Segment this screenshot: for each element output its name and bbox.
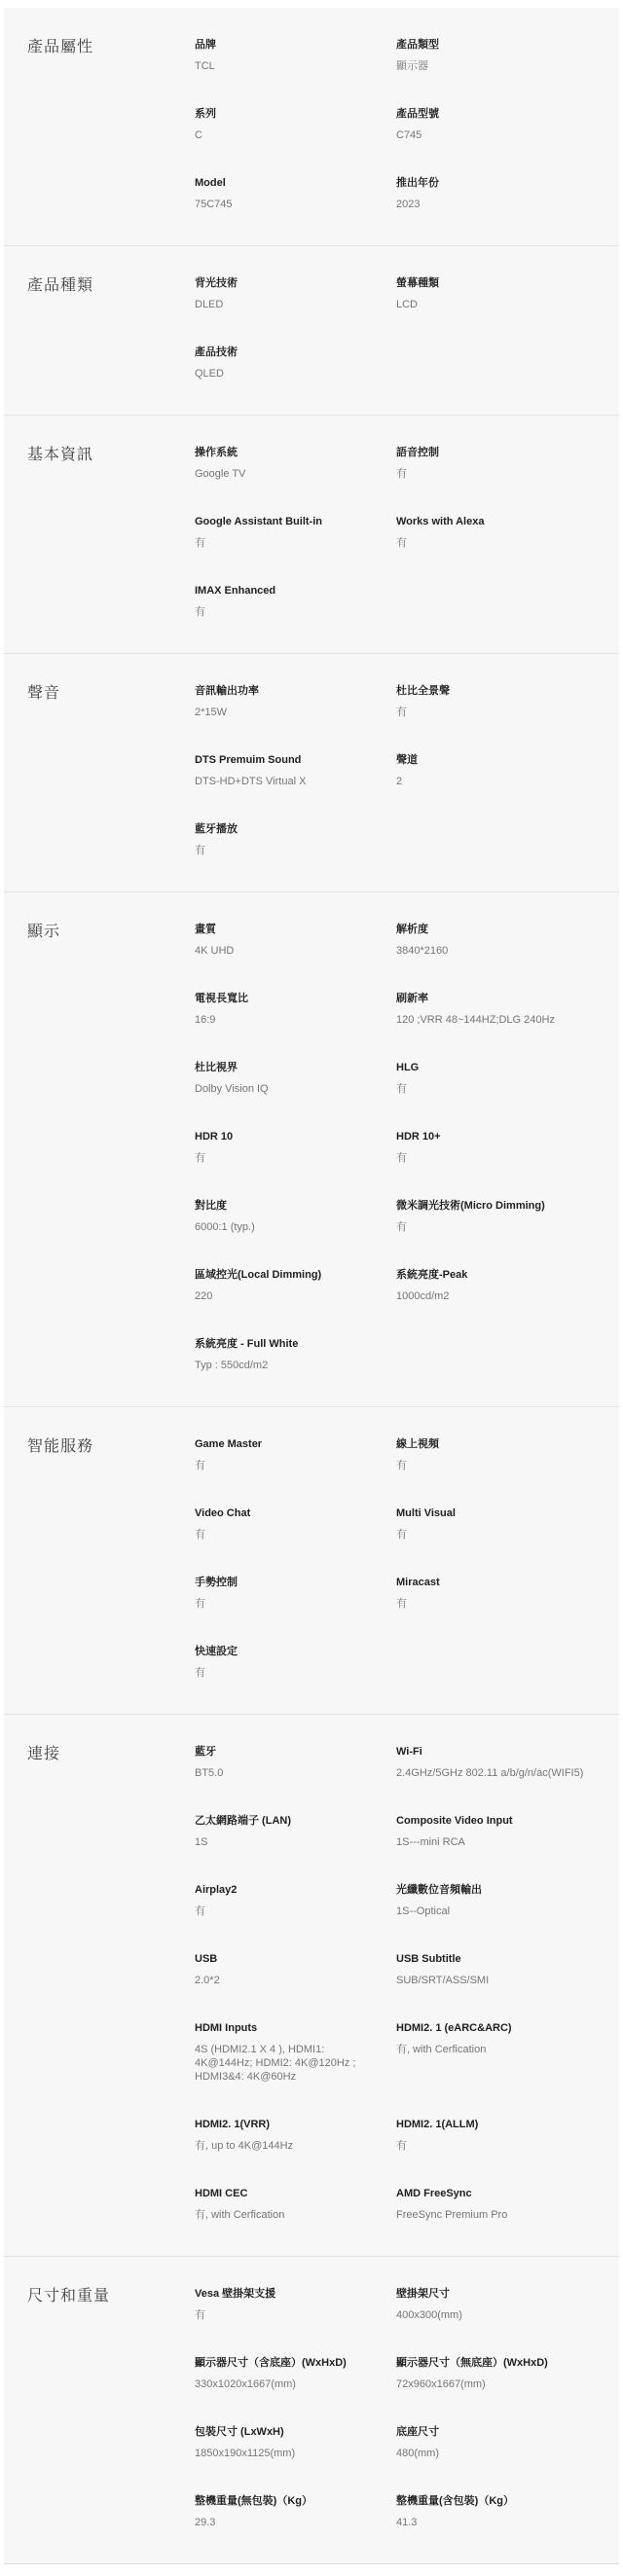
spec-cell: 刷新率120 ;VRR 48~144HZ;DLG 240Hz xyxy=(396,992,609,1027)
spec-value: 1S xyxy=(195,1835,375,1849)
spec-cell: 系統亮度-Peak1000cd/m2 xyxy=(396,1268,609,1303)
spec-label: 畫質 xyxy=(195,923,375,936)
spec-cell: 畫質4K UHD xyxy=(195,923,396,958)
spec-cell: 產品類型顯示器 xyxy=(396,38,609,73)
spec-value: 1S--Optical xyxy=(396,1905,588,1918)
spec-label: 壁掛架尺寸 xyxy=(396,2287,588,2301)
spec-value: LCD xyxy=(396,298,588,311)
section-cells: Game Master有線上視頻有Video Chat有Multi Visual… xyxy=(195,1437,609,1714)
spec-value: 有 xyxy=(195,1905,375,1918)
spec-label: 微米調光技術(Micro Dimming) xyxy=(396,1199,588,1213)
spec-cell: 杜比全景聲有 xyxy=(396,684,609,719)
spec-label: 對比度 xyxy=(195,1199,375,1213)
spec-value: 有 xyxy=(396,467,588,481)
spec-cell: 電視長寬比16:9 xyxy=(195,992,396,1027)
spec-value: 顯示器 xyxy=(396,59,588,73)
spec-label: 推出年份 xyxy=(396,176,588,190)
spec-label: 螢幕種類 xyxy=(396,276,588,290)
spec-value: 有 xyxy=(195,2308,375,2322)
section-cells: 操作系統Google TV語音控制有Google Assistant Built… xyxy=(195,446,609,653)
spec-value: 有, with Cerfication xyxy=(195,2208,375,2222)
spec-value: 480(mm) xyxy=(396,2447,588,2460)
spec-value: 有 xyxy=(396,1597,588,1611)
spec-section: 尺寸和重量Vesa 壁掛架支援有壁掛架尺寸400x300(mm)顯示器尺寸（含底… xyxy=(4,2256,619,2563)
spec-value: 有, with Cerfication xyxy=(396,2043,588,2056)
spec-label: 產品類型 xyxy=(396,38,588,52)
spec-value: 2.4GHz/5GHz 802.11 a/b/g/n/ac(WIFI5) xyxy=(396,1766,588,1780)
spec-value: BT5.0 xyxy=(195,1766,375,1780)
spec-value: 有 xyxy=(396,1220,588,1234)
spec-label: 區域控光(Local Dimming) xyxy=(195,1268,375,1282)
spec-cell: 產品型號C745 xyxy=(396,107,609,142)
spec-cell: Miracast有 xyxy=(396,1576,609,1611)
spec-label: 底座尺寸 xyxy=(396,2425,588,2439)
spec-section: 聲音音訊輸出功率2*15W杜比全景聲有DTS Premuim SoundDTS-… xyxy=(4,653,619,891)
spec-cell: 微米調光技術(Micro Dimming)有 xyxy=(396,1199,609,1234)
spec-cell: Video Chat有 xyxy=(195,1506,396,1542)
spec-cell: Wi-Fi2.4GHz/5GHz 802.11 a/b/g/n/ac(WIFI5… xyxy=(396,1745,609,1780)
spec-cell: 操作系統Google TV xyxy=(195,446,396,481)
spec-cell: 對比度6000:1 (typ.) xyxy=(195,1199,396,1234)
spec-label: 產品技術 xyxy=(195,345,375,359)
spec-value: 有 xyxy=(396,1459,588,1472)
spec-label: Game Master xyxy=(195,1437,375,1451)
spec-value: 120 ;VRR 48~144HZ;DLG 240Hz xyxy=(396,1013,588,1027)
section-title: 顯示 xyxy=(27,923,195,942)
spec-label: HDMI Inputs xyxy=(195,2021,375,2035)
spec-value: 1S---mini RCA xyxy=(396,1835,588,1849)
spec-value: DLED xyxy=(195,298,375,311)
spec-value: TCL xyxy=(195,59,375,73)
spec-label: 音訊輸出功率 xyxy=(195,684,375,698)
spec-label: 光纖數位音頻輸出 xyxy=(396,1883,588,1897)
spec-label: 品牌 xyxy=(195,38,375,52)
spec-value: FreeSync Premium Pro xyxy=(396,2208,588,2222)
spec-cell: 快速設定有 xyxy=(195,1645,396,1680)
spec-value: 400x300(mm) xyxy=(396,2308,588,2322)
spec-value: 220 xyxy=(195,1289,375,1303)
spec-cell: 線上視頻有 xyxy=(396,1437,609,1472)
spec-section: 智能服務Game Master有線上視頻有Video Chat有Multi Vi… xyxy=(4,1406,619,1714)
spec-value: 有 xyxy=(195,605,375,619)
spec-value: QLED xyxy=(195,367,375,381)
spec-value: 330x1020x1667(mm) xyxy=(195,2377,375,2391)
spec-value: 1850x190x1125(mm) xyxy=(195,2447,375,2460)
section-title: 聲音 xyxy=(27,684,195,704)
spec-label: Works with Alexa xyxy=(396,515,588,528)
section-title: 智能服務 xyxy=(27,1437,195,1457)
spec-cell: HDMI Inputs4S (HDMI2.1 X 4 ), HDMI1: 4K@… xyxy=(195,2021,396,2084)
spec-label: IMAX Enhanced xyxy=(195,584,375,598)
spec-value: 75C745 xyxy=(195,198,375,211)
spec-cell: 整機重量(含包裝)（Kg）41.3 xyxy=(396,2494,609,2529)
spec-cell: HDMI2. 1(VRR)有, up to 4K@144Hz xyxy=(195,2118,396,2153)
section-cells: Vesa 壁掛架支援有壁掛架尺寸400x300(mm)顯示器尺寸（含底座）(Wx… xyxy=(195,2287,609,2563)
spec-label: 系列 xyxy=(195,107,375,121)
spec-label: Miracast xyxy=(396,1576,588,1589)
spec-label: Video Chat xyxy=(195,1506,375,1520)
spec-label: HDMI CEC xyxy=(195,2187,375,2200)
spec-label: Composite Video Input xyxy=(396,1814,588,1828)
spec-cell: 系統亮度 - Full WhiteTyp : 550cd/m2 xyxy=(195,1337,396,1372)
spec-label: Wi-Fi xyxy=(396,1745,588,1759)
spec-value: 1000cd/m2 xyxy=(396,1289,588,1303)
spec-section: 基本資訊操作系統Google TV語音控制有Google Assistant B… xyxy=(4,415,619,653)
spec-cell: HDMI CEC有, with Cerfication xyxy=(195,2187,396,2222)
spec-label: HDMI2. 1(VRR) xyxy=(195,2118,375,2131)
spec-label: 背光技術 xyxy=(195,276,375,290)
spec-label: 聲道 xyxy=(396,753,588,767)
spec-value: 有 xyxy=(195,1151,375,1165)
spec-value: 有 xyxy=(396,706,588,719)
spec-value: 有 xyxy=(396,536,588,550)
spec-label: 顯示器尺寸（無底座）(WxHxD) xyxy=(396,2356,588,2370)
spec-label: Airplay2 xyxy=(195,1883,375,1897)
spec-cell: 包裝尺寸 (LxWxH)1850x190x1125(mm) xyxy=(195,2425,396,2460)
spec-cell: 聲道2 xyxy=(396,753,609,788)
spec-value: 有 xyxy=(396,2139,588,2153)
spec-label: 包裝尺寸 (LxWxH) xyxy=(195,2425,375,2439)
spec-value: Google TV xyxy=(195,467,375,481)
spec-section: 顯示畫質4K UHD解析度3840*2160電視長寬比16:9刷新率120 ;V… xyxy=(4,891,619,1406)
spec-value: 2.0*2 xyxy=(195,1974,375,1987)
spec-cell: 音訊輸出功率2*15W xyxy=(195,684,396,719)
spec-section: 產品種類背光技術DLED螢幕種類LCD產品技術QLED xyxy=(4,245,619,415)
section-cells: 畫質4K UHD解析度3840*2160電視長寬比16:9刷新率120 ;VRR… xyxy=(195,923,609,1406)
spec-value: 29.3 xyxy=(195,2516,375,2529)
spec-cell: AMD FreeSyncFreeSync Premium Pro xyxy=(396,2187,609,2222)
spec-cell: 藍牙播放有 xyxy=(195,822,396,857)
spec-cell: 光纖數位音頻輸出1S--Optical xyxy=(396,1883,609,1918)
spec-cell: HDR 10有 xyxy=(195,1130,396,1165)
spec-value: C xyxy=(195,128,375,142)
spec-value: SUB/SRT/ASS/SMI xyxy=(396,1974,588,1987)
spec-cell: 乙太網路端子 (LAN)1S xyxy=(195,1814,396,1849)
spec-label: 整機重量(含包裝)（Kg） xyxy=(396,2494,588,2508)
spec-value: C745 xyxy=(396,128,588,142)
spec-value: 2*15W xyxy=(195,706,375,719)
spec-cell: 區域控光(Local Dimming)220 xyxy=(195,1268,396,1303)
spec-value: 有 xyxy=(195,536,375,550)
spec-label: Model xyxy=(195,176,375,190)
spec-cell: 品牌TCL xyxy=(195,38,396,73)
spec-cell: Model75C745 xyxy=(195,176,396,211)
spec-label: USB Subtitle xyxy=(396,1952,588,1966)
spec-value: 有 xyxy=(195,1528,375,1542)
spec-value: 16:9 xyxy=(195,1013,375,1027)
spec-cell: USB SubtitleSUB/SRT/ASS/SMI xyxy=(396,1952,609,1987)
spec-cell: HDMI2. 1(ALLM)有 xyxy=(396,2118,609,2153)
spec-label: USB xyxy=(195,1952,375,1966)
spec-label: Multi Visual xyxy=(396,1506,588,1520)
spec-label: 刷新率 xyxy=(396,992,588,1005)
section-title: 尺寸和重量 xyxy=(27,2287,195,2306)
spec-label: HDMI2. 1 (eARC&ARC) xyxy=(396,2021,588,2035)
spec-cell: 推出年份2023 xyxy=(396,176,609,211)
spec-value: DTS-HD+DTS Virtual X xyxy=(195,775,375,788)
spec-cell: 底座尺寸480(mm) xyxy=(396,2425,609,2460)
spec-cell: HDR 10+有 xyxy=(396,1130,609,1165)
spec-value: 有 xyxy=(195,1666,375,1680)
spec-value: 有 xyxy=(195,1597,375,1611)
spec-cell: 藍牙BT5.0 xyxy=(195,1745,396,1780)
spec-label: 快速設定 xyxy=(195,1645,375,1658)
spec-cell: 螢幕種類LCD xyxy=(396,276,609,311)
spec-label: 系統亮度-Peak xyxy=(396,1268,588,1282)
spec-cell: Vesa 壁掛架支援有 xyxy=(195,2287,396,2322)
spec-value: 2 xyxy=(396,775,588,788)
spec-cell: 整機重量(無包裝)（Kg）29.3 xyxy=(195,2494,396,2529)
spec-label: Vesa 壁掛架支援 xyxy=(195,2287,375,2301)
spec-value: 2023 xyxy=(396,198,588,211)
spec-cell: 杜比視界Dolby Vision IQ xyxy=(195,1061,396,1096)
product-spec-table: 產品屬性品牌TCL產品類型顯示器系列C產品型號C745Model75C745推出… xyxy=(4,8,619,2564)
spec-value: 4K UHD xyxy=(195,944,375,958)
spec-cell: HLG有 xyxy=(396,1061,609,1096)
spec-cell: DTS Premuim SoundDTS-HD+DTS Virtual X xyxy=(195,753,396,788)
section-title: 產品種類 xyxy=(27,276,195,296)
section-title: 基本資訊 xyxy=(27,446,195,465)
spec-label: Google Assistant Built-in xyxy=(195,515,375,528)
spec-value: 有 xyxy=(396,1082,588,1096)
spec-cell: HDMI2. 1 (eARC&ARC)有, with Cerfication xyxy=(396,2021,609,2056)
spec-cell: 系列C xyxy=(195,107,396,142)
spec-cell: 手勢控制有 xyxy=(195,1576,396,1611)
spec-cell: USB2.0*2 xyxy=(195,1952,396,1987)
spec-label: 藍牙播放 xyxy=(195,822,375,836)
spec-cell: 顯示器尺寸（無底座）(WxHxD)72x960x1667(mm) xyxy=(396,2356,609,2391)
spec-value: 有, up to 4K@144Hz xyxy=(195,2139,375,2153)
spec-cell: Works with Alexa有 xyxy=(396,515,609,550)
section-cells: 背光技術DLED螢幕種類LCD產品技術QLED xyxy=(195,276,609,415)
spec-label: AMD FreeSync xyxy=(396,2187,588,2200)
spec-label: HDR 10+ xyxy=(396,1130,588,1143)
spec-cell: Multi Visual有 xyxy=(396,1506,609,1542)
spec-label: 線上視頻 xyxy=(396,1437,588,1451)
spec-cell: Game Master有 xyxy=(195,1437,396,1472)
spec-value: 有 xyxy=(396,1151,588,1165)
spec-cell: IMAX Enhanced有 xyxy=(195,584,396,619)
spec-cell: Google Assistant Built-in有 xyxy=(195,515,396,550)
spec-cell: 壁掛架尺寸400x300(mm) xyxy=(396,2287,609,2322)
spec-label: 系統亮度 - Full White xyxy=(195,1337,375,1351)
spec-label: 藍牙 xyxy=(195,1745,375,1759)
section-title: 產品屬性 xyxy=(27,38,195,57)
section-cells: 品牌TCL產品類型顯示器系列C產品型號C745Model75C745推出年份20… xyxy=(195,38,609,245)
spec-label: 杜比視界 xyxy=(195,1061,375,1074)
spec-cell: 解析度3840*2160 xyxy=(396,923,609,958)
spec-label: HLG xyxy=(396,1061,588,1074)
spec-label: 操作系統 xyxy=(195,446,375,459)
spec-label: 產品型號 xyxy=(396,107,588,121)
spec-section: 連接藍牙BT5.0Wi-Fi2.4GHz/5GHz 802.11 a/b/g/n… xyxy=(4,1714,619,2256)
spec-value: 有 xyxy=(195,1459,375,1472)
spec-label: 顯示器尺寸（含底座）(WxHxD) xyxy=(195,2356,375,2370)
spec-value: 4S (HDMI2.1 X 4 ), HDMI1: 4K@144Hz; HDMI… xyxy=(195,2043,375,2084)
spec-cell: 產品技術QLED xyxy=(195,345,396,381)
spec-cell: Airplay2有 xyxy=(195,1883,396,1918)
spec-section: 產品屬性品牌TCL產品類型顯示器系列C產品型號C745Model75C745推出… xyxy=(4,8,619,245)
spec-label: 語音控制 xyxy=(396,446,588,459)
spec-label: 乙太網路端子 (LAN) xyxy=(195,1814,375,1828)
spec-value: Typ : 550cd/m2 xyxy=(195,1359,375,1372)
section-cells: 音訊輸出功率2*15W杜比全景聲有DTS Premuim SoundDTS-HD… xyxy=(195,684,609,891)
spec-label: 整機重量(無包裝)（Kg） xyxy=(195,2494,375,2508)
spec-cell: 顯示器尺寸（含底座）(WxHxD)330x1020x1667(mm) xyxy=(195,2356,396,2391)
spec-cell: 背光技術DLED xyxy=(195,276,396,311)
spec-cell: Composite Video Input1S---mini RCA xyxy=(396,1814,609,1849)
spec-value: Dolby Vision IQ xyxy=(195,1082,375,1096)
spec-label: HDMI2. 1(ALLM) xyxy=(396,2118,588,2131)
spec-label: 杜比全景聲 xyxy=(396,684,588,698)
spec-label: 電視長寬比 xyxy=(195,992,375,1005)
spec-value: 有 xyxy=(195,844,375,857)
spec-label: 解析度 xyxy=(396,923,588,936)
spec-label: DTS Premuim Sound xyxy=(195,753,375,767)
spec-value: 6000:1 (typ.) xyxy=(195,1220,375,1234)
spec-label: 手勢控制 xyxy=(195,1576,375,1589)
spec-value: 72x960x1667(mm) xyxy=(396,2377,588,2391)
spec-label: HDR 10 xyxy=(195,1130,375,1143)
section-cells: 藍牙BT5.0Wi-Fi2.4GHz/5GHz 802.11 a/b/g/n/a… xyxy=(195,1745,609,2256)
spec-value: 41.3 xyxy=(396,2516,588,2529)
spec-value: 3840*2160 xyxy=(396,944,588,958)
spec-value: 有 xyxy=(396,1528,588,1542)
spec-cell: 語音控制有 xyxy=(396,446,609,481)
section-title: 連接 xyxy=(27,1745,195,1764)
